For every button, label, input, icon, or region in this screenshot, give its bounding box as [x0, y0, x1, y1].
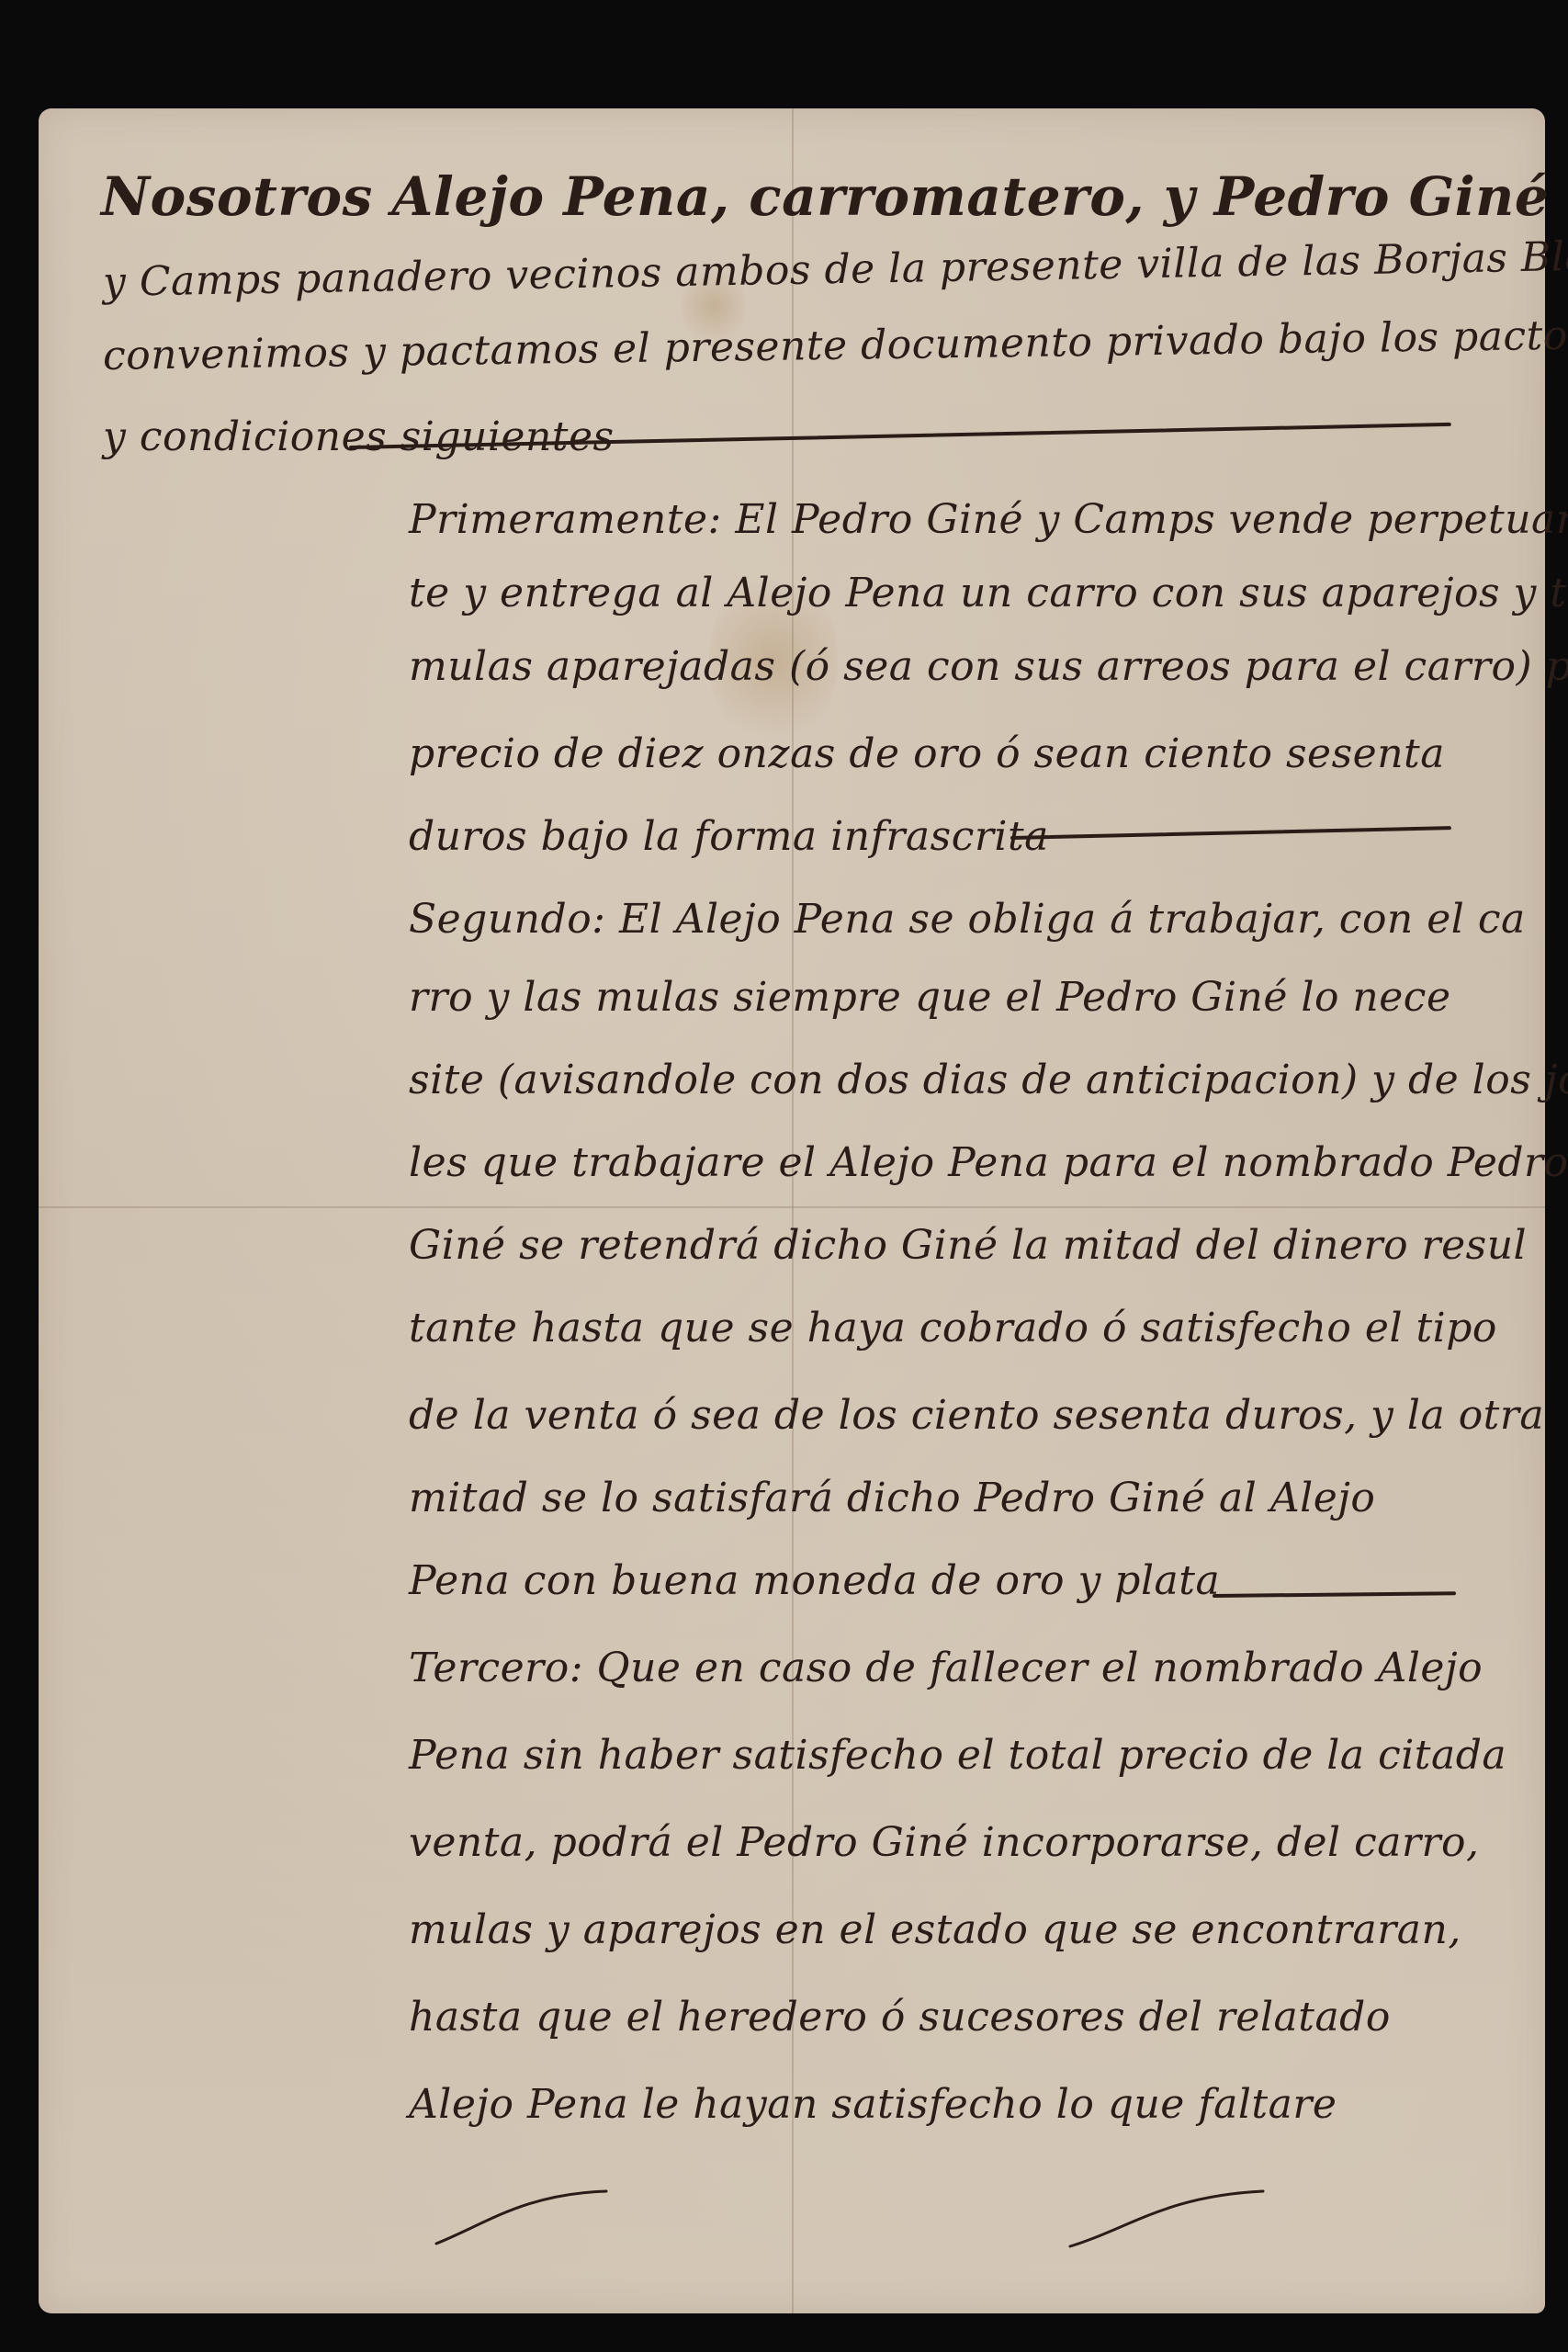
clause-3-line-3: venta, podrá el Pedro Giné incorporarse,…: [409, 1819, 1480, 1866]
clause-3-line-4: mulas y aparejos en el estado que se enc…: [409, 1906, 1461, 1953]
clause-2-line-6: tante hasta que se haya cobrado ó satisf…: [409, 1305, 1497, 1351]
closing-flourish-left: [432, 2187, 615, 2251]
clause-1-line-5: duros bajo la forma infrascrita: [409, 813, 1049, 860]
clause-1-line-4: precio de diez onzas de oro ó sean cient…: [409, 730, 1445, 777]
clause-2-line-7: de la venta ó sea de los ciento sesenta …: [409, 1392, 1544, 1439]
clause-3-line-5: hasta que el heredero ó sucesores del re…: [409, 1994, 1391, 2041]
horizontal-fold-crease: [39, 1206, 1545, 1208]
clause-1-line-2: te y entrega al Alejo Pena un carro con …: [409, 570, 1568, 616]
closing-flourish-left-tail: [671, 2187, 854, 2251]
preamble-line-4: y condiciones siguientes: [103, 413, 615, 460]
clause-1-line-3: mulas aparejadas (ó sea con sus arreos p…: [409, 643, 1568, 690]
clause-3-line-6: Alejo Pena le hayan satisfecho lo que fa…: [409, 2081, 1337, 2128]
clause-1-line-1: Primeramente: El Pedro Giné y Camps vend…: [409, 496, 1568, 543]
clause-2-line-3: site (avisandole con dos dias de anticip…: [409, 1057, 1568, 1103]
clause-3-line-1: Tercero: Que en caso de fallecer el nomb…: [409, 1645, 1483, 1691]
clause-2-line-9: Pena con buena moneda de oro y plata: [409, 1557, 1220, 1604]
clause-2-line-4: les que trabajare el Alejo Pena para el …: [409, 1139, 1568, 1186]
closing-flourish-right: [1066, 2187, 1268, 2251]
preamble-line-1: Nosotros Alejo Pena, carromatero, y Pedr…: [101, 165, 1549, 228]
clause-2-line-8: mitad se lo satisfará dicho Pedro Giné a…: [409, 1475, 1375, 1521]
clause-3-line-2: Pena sin haber satisfecho el total preci…: [409, 1732, 1506, 1779]
clause-2-line-5: Giné se retendrá dicho Giné la mitad del…: [409, 1222, 1527, 1269]
clause-2-line-1: Segundo: El Alejo Pena se obliga á traba…: [409, 896, 1526, 943]
clause-2-line-2: rro y las mulas siempre que el Pedro Gin…: [409, 974, 1451, 1021]
